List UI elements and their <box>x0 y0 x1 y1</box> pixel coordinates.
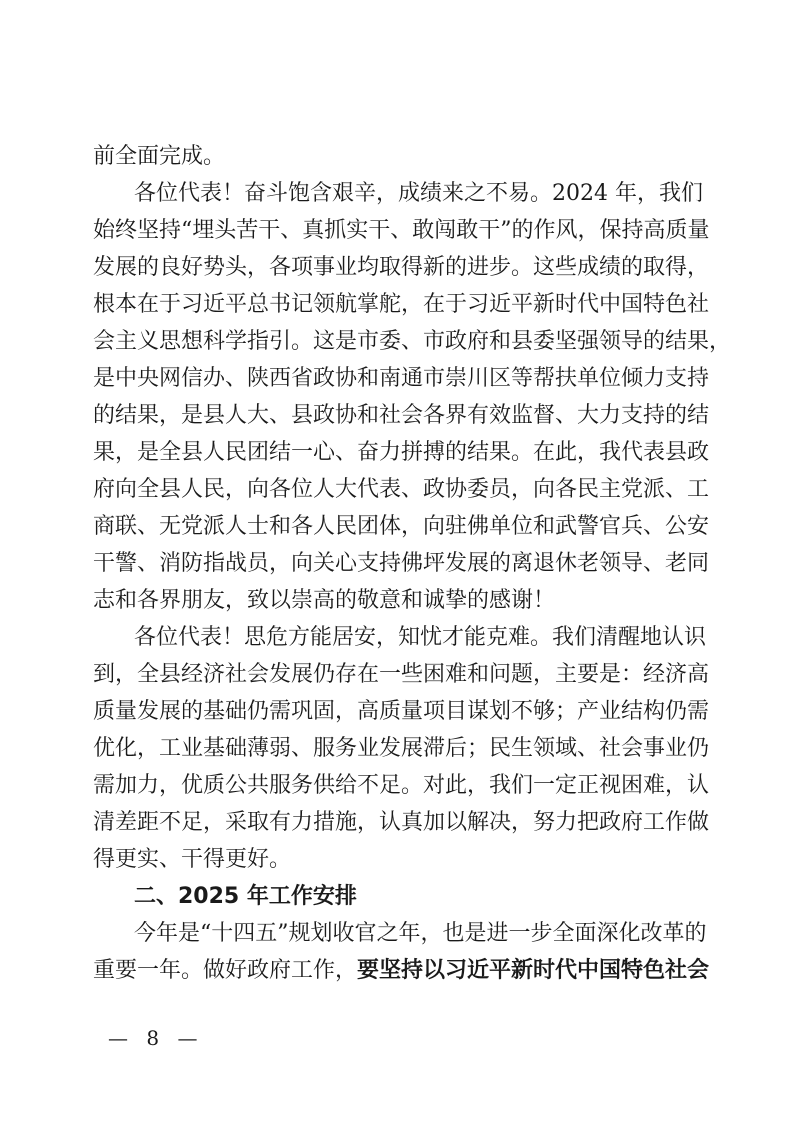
paragraph-line: 始终坚持“埋头苦干、真抓实干、敢闯敢干”的作风，保持高质量 <box>93 216 681 246</box>
paragraph-line: 到，全县经济社会发展仍存在一些困难和问题，主要是：经济高 <box>93 660 681 690</box>
paragraph-line: 质量发展的基础仍需巩固，高质量项目谋划不够；产业结构仍需 <box>93 697 681 727</box>
paragraph-line: 会主义思想科学指引。这是市委、市政府和县委坚强领导的结果， <box>93 327 681 357</box>
paragraph-line: 各位代表！思危方能居安，知忧才能克难。我们清醒地认识 <box>134 623 681 653</box>
paragraph-line: 需加力，优质公共服务供给不足。对此，我们一定正视困难，认 <box>93 771 681 801</box>
paragraph-line: 各位代表！奋斗饱含艰辛，成绩来之不易。2024 年，我们 <box>134 179 681 209</box>
paragraph-line: 府向全县人民，向各位人大代表、政协委员，向各民主党派、工 <box>93 475 681 505</box>
paragraph-line: 干警、消防指战员，向关心支持佛坪发展的离退休老领导、老同 <box>93 549 681 579</box>
document-page: 前全面完成。各位代表！奋斗饱含艰辛，成绩来之不易。2024 年，我们始终坚持“埋… <box>0 0 793 1122</box>
paragraph-line: 是中央网信办、陕西省政协和南通市崇川区等帮扶单位倾力支持 <box>93 364 681 394</box>
paragraph-line: 前全面完成。 <box>93 142 681 172</box>
paragraph-line: 果，是全县人民团结一心、奋力拼搏的结果。在此，我代表县政 <box>93 438 681 468</box>
page-number: — 8 — <box>108 1026 203 1050</box>
section-heading: 二、2025 年工作安排 <box>134 882 681 912</box>
line-bold-text: 要坚持以习近平新时代中国特色社会 <box>357 958 709 983</box>
paragraph-line: 根本在于习近平总书记领航掌舵，在于习近平新时代中国特色社 <box>93 290 681 320</box>
paragraph-line: 志和各界朋友，致以崇高的敬意和诚挚的感谢！ <box>93 586 681 616</box>
line-normal-text: 重要一年。做好政府工作， <box>93 958 357 983</box>
paragraph-line: 商联、无党派人士和各人民团体，向驻佛单位和武警官兵、公安 <box>93 512 681 542</box>
paragraph-line: 的结果，是县人大、县政协和社会各界有效监督、大力支持的结 <box>93 401 681 431</box>
paragraph-line: 重要一年。做好政府工作，要坚持以习近平新时代中国特色社会 <box>93 956 681 986</box>
paragraph-line: 今年是“十四五”规划收官之年，也是进一步全面深化改革的 <box>134 919 681 949</box>
paragraph-line: 清差距不足，采取有力措施，认真加以解决，努力把政府工作做 <box>93 808 681 838</box>
paragraph-line: 优化，工业基础薄弱、服务业发展滞后；民生领域、社会事业仍 <box>93 734 681 764</box>
paragraph-line: 得更实、干得更好。 <box>93 845 681 875</box>
paragraph-line: 发展的良好势头，各项事业均取得新的进步。这些成绩的取得， <box>93 253 681 283</box>
